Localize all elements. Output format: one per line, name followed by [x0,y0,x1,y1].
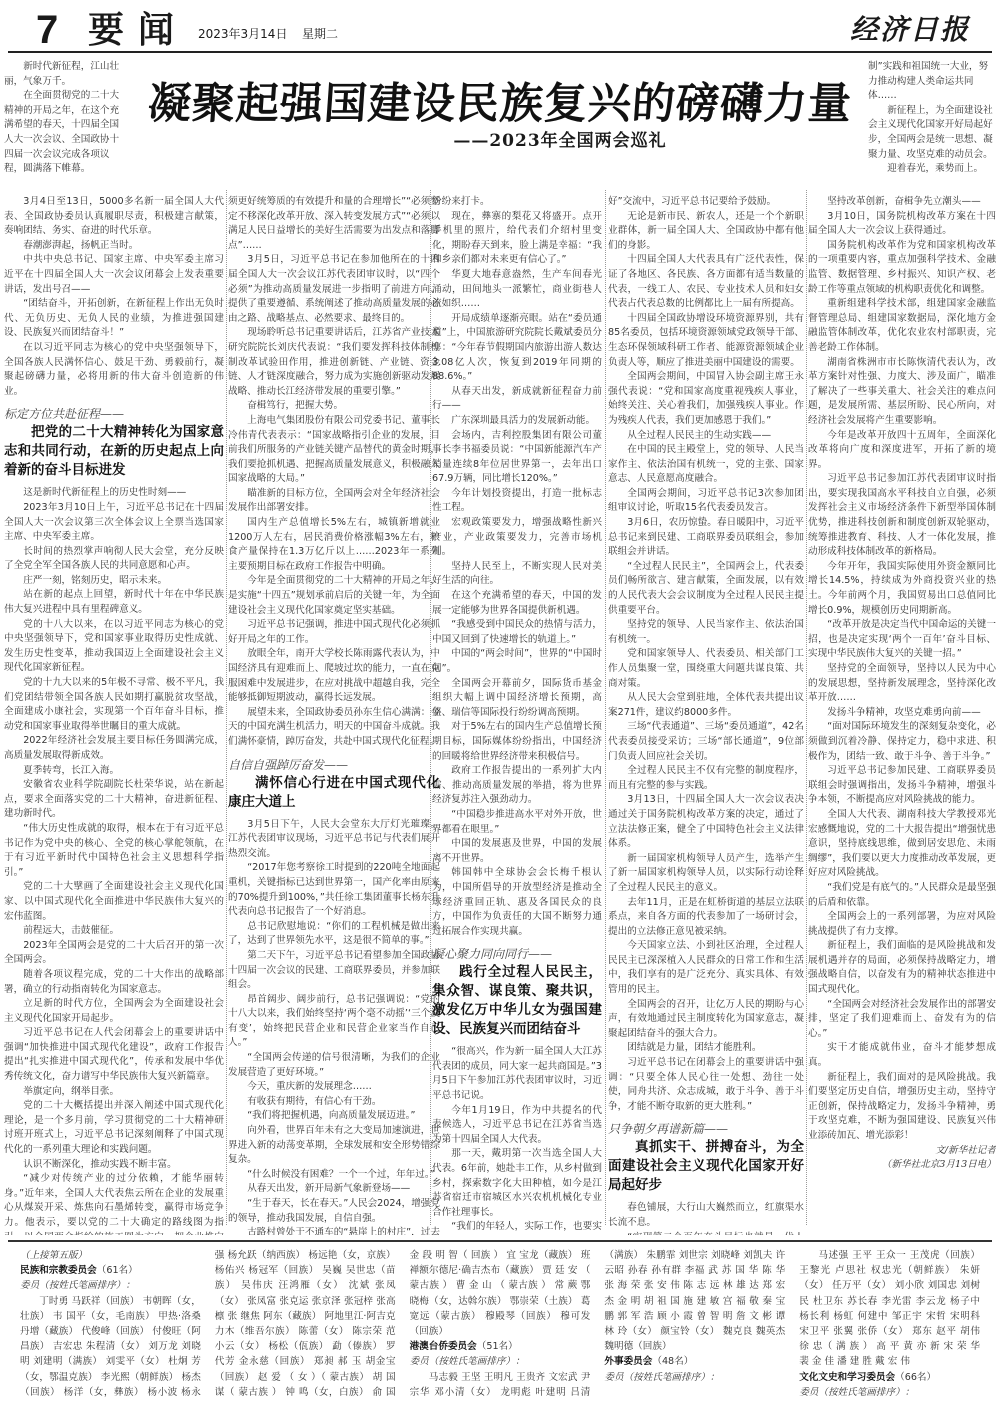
paragraph: 从全过程人民民主的生动实践—— [608,429,804,444]
masthead-rule [8,51,992,53]
paragraph: 国务院机构改革作为党和国家机构改革的一项重要内容，重点加强科学技术、金融监管、数… [808,239,996,297]
article-column-1: 3月4日至13日，5000多名新一届全国人大代表、全国政协委员认真履职尽责，积极… [4,195,224,1235]
paragraph: 党的十九大以来的5年极不寻常、极不平凡，我们党团结带领全国各族人民如期打赢脱贫攻… [4,676,224,734]
paragraph: 无论是新市民、新农人，还是一个个新职业群体，新一届全国人大、全国政协中都有他们的… [608,210,804,254]
masthead: 7 要闻 2023年3月14日 星期二 经济日报 [0,0,1000,56]
paragraph: “全过程人民民主”，全国两会上，代表委员们畅所欲言、建言献策，全面发展，以有效的… [608,560,804,618]
paragraph: “什么时候没有困难？一个一个过，年年过。” [228,1168,440,1183]
paragraph: 第二天下午，习近平总书记看望参加全国政协十四届一次会议的民建、工商联界委员，并参… [228,949,440,993]
paragraph: 习近平总书记强调，推进中国式现代化必须抓好开局之年的工作。 [228,618,440,647]
paragraph: 广东深圳最具活力的发展新动能。 [432,414,602,429]
paragraph: “减少对传统产业的过分依赖，才能华丽转身。”近年来，全国人大代表焦云所在企业的发… [4,1172,224,1235]
order-note: 委员（按姓氏笔画排序）： [410,1354,591,1369]
paragraph: 新征程上，我们面临的是风险挑战和发展机遇并存的局面，必须保持战略定力，增强战略自… [808,939,996,997]
paragraph: “我们的年轻人，实际工作，也要实干，把统一方面在城镇化进程中成为新市民，另一方面… [432,1220,602,1235]
paragraph: 会场内，吉利控股集团有限公司董事长李书福委员说：“中国新能源汽车产销量连续8年位… [432,429,602,487]
paragraph: 新征程上，我们面对的是风险挑战。我们要坚定历史自信，增强历史主动，坚持守正创新，… [808,1071,996,1144]
paragraph: 昂首阔步、阔步前行，总书记强调说：“党的十八大以来，我们始终坚持‘两个毫不动摇’… [228,993,440,1051]
paragraph: 全国两会上的一系列部署，为应对风险挑战提供了有力支撑。 [808,910,996,939]
committee-name: 文化文史和学习委员会 [799,1372,895,1383]
newspaper-logo: 经济日报 [850,10,970,50]
paragraph: 中国的发展惠及世界，中国的发展离不开世界。 [432,837,602,866]
paragraph: 2023年3月10日上午，习近平总书记在十四届全国人大一次会议第三次全体会议上全… [4,501,224,545]
paragraph: 在以习近平同志为核心的党中央坚强领导下，全国各族人民满怀信心、鼓足干劲、勇毅前行… [4,341,224,399]
paragraph: 党和国家领导人、代表委员、相关部门工作人员集聚一堂，围绕重大问题共谋良策、共商对… [608,647,804,691]
section-name: 要闻 [88,10,188,50]
paragraph: 今年计划投资提出，打造一批标志性工程。 [432,487,602,516]
article-column-5: 坚持改革创新，奋楫争先立潮头—— 3月10日，国务院机构改革方案在十四届全国人大… [808,195,996,1235]
intro-paragraph: 在全面贯彻党的二十大精神的开局之年，在这个充满希望的春天，十四届全国人大一次会议… [4,89,122,177]
paragraph: 上海电气集团股份有限公司党委书记、董事长冷伟青代表表示：“国家战略指引企业的发展… [228,414,440,487]
paragraph: 习近平总书记在人代会闭幕会上的重要讲话中强调“加快推进中国式现代化建设”，政府工… [4,1026,224,1084]
paragraph: 宏观政策要发力，增强战略性新兴产业，产业政策要发力，完善市场机制。 [432,516,602,560]
committee-count: （66名） [895,1372,936,1383]
paragraph: 国内生产总值增长5%左右，城镇新增就业1200万人左右，居民消费价格涨幅3%左右… [228,516,440,574]
paragraph: “全国两会对经济社会发展作出的部署安排，坚定了我们迎难而上、奋发有为的信心。” [808,998,996,1042]
paragraph: 从春天出发，新开局新气象新登场—— [228,1182,440,1197]
paragraph: 全国两会期间，中国冒入协会副主席王永强代表说：“党和国家高度重视残疾人事业，始终… [608,370,804,428]
paragraph: 有收获有期待，有信心有干劲。 [228,1095,440,1110]
paragraph: 今年1月19日，作为中共提名的代表候选人，习近平总书记在江苏省当选为第十四届全国… [432,1104,602,1148]
paragraph: 开局成绩单逐渐亮眼。站在“委员通道”上，中国旅游研究院院长戴斌委员分享：“今年春… [432,312,602,385]
paragraph: “生于春天，长在春天。”人民会2024，增强党的领导，推动我国发展，自信自强。 [228,1197,440,1226]
paragraph: 全国两会的召开，让亿万人民的期盼与心声，有效地通过民主制度转化为国家意志，凝聚起… [608,998,804,1042]
paragraph: 党的二十大概括提出并深入阐述中国式现代化理论，是一个多月前，学习贯彻党的二十大精… [4,1099,224,1157]
paragraph: 全国两会开幕前夕，国际货币基金组织大幅上调中国经济增长预期，高盛、瑞信等国际投行… [432,677,602,721]
paragraph: 随着各项议程完成，党的二十大作出的战略部署，确立的行动指南转化为国家意志。 [4,968,224,997]
paragraph: 对于5%左右的国内生产总值增长预期目标，国际媒体纷纷指出，中国经济的回暖将给世界… [432,720,602,764]
paragraph: 现场聆听总书记重要讲话后，江苏省产业技术研究院院长刘庆代表说：“我们要发挥科技体… [228,326,440,399]
paragraph: 瞄准新的目标方位，全国两会对全年经济社会发展作出部署安排。 [228,487,440,516]
paragraph: 庄严一刻，铭刻历史，昭示未来。 [4,574,224,589]
committee-name: 港澳台侨委员会 [410,1341,477,1352]
paragraph: 全过程人民民主不仅有完整的制度程序，而且有完整的参与实践。 [608,764,804,793]
section-kicker: 凝心聚力同向同行—— [432,945,602,963]
byline-author: 文/新华社记者 [808,1144,996,1159]
paragraph: 这是新时代新征程上的历史性时刻—— [4,486,224,501]
paragraph: 今年开年，我国实际使用外资金额同比增长14.5%，持续成为外商投资兴业的热土。今… [808,560,996,618]
section-kicker: 只争朝夕再谱新篇—— [608,1120,804,1138]
paragraph: 今年是全面贯彻党的二十大精神的开局之年，是实施“十四五”规划承前启后的关键一年，… [228,574,440,618]
paragraph: 政府工作报告提出的一系列扩大内需、推动高质量发展的举措，将为世界经济复苏注入强劲… [432,764,602,808]
committee-name: 外事委员会 [604,1356,652,1367]
section-title: 满怀信心行进在中国式现代化康庄大道上 [228,774,440,812]
paragraph: 总书记欣慰地说：“你们的工程机械是做出来了，达到了世界领先水平，这是很不简单的事… [228,920,440,949]
paragraph: 实干才能成就伟业，奋斗才能梦想成真。 [808,1041,996,1070]
committee-count: （61名） [97,1265,138,1276]
section-title: 真抓实干、拼搏奋斗，为全面建设社会主义现代化国家开好局起好步 [608,1138,804,1195]
paragraph: 从人民大会堂到驻地，全体代表共提出议案271件，建议约8000多件。 [608,691,804,720]
paragraph: 举旗定向，纲举目张。 [4,1085,224,1100]
paragraph: “中国稳步推进高水平对外开放，世界都看在眼里。” [432,808,602,837]
paragraph: 党的十八大以来，在以习近平同志为核心的党中央坚强领导下，党和国家事业取得历史性成… [4,618,224,676]
paragraph: 立足新的时代方位，全国两会为全面建设社会主义现代化国家开局起步。 [4,997,224,1026]
paragraph: 坚持党的全面领导，坚持以人民为中心的发展思想，坚持新发展理念，坚持深化改革开放…… [808,662,996,706]
paragraph: 认识不断深化，推动实践不断丰富。 [4,1158,224,1173]
paragraph: 坚持人民至上，不断实现人民对美好生活的向往。 [432,560,602,589]
paragraph: 3月4日至13日，5000多名新一届全国人大代表、全国政协委员认真履职尽责，积极… [4,195,224,239]
paragraph: 华夏大地春意盎然，生产车间春光涌动，田间地头一派繁忙，商业街巷人流如织…… [432,268,602,312]
paragraph: “我们将把握机遇，向高质量发展迈进。” [228,1109,440,1124]
paragraph: 奋楫笃行，把握大势。 [228,399,440,414]
paragraph: 全国人大代表、湖南科技大学教授邓光宏感慨地说，党的二十大报告提出“增强忧患意识，… [808,808,996,881]
paragraph: 新一届国家机构领导人员产生，选举产生了新一届国家机构领导人员，以实际行动诠释了全… [608,852,804,896]
page-number: 7 [36,10,58,50]
paragraph: “面对国际环境发生的深刻复杂变化，必须做到沉着冷静、保持定力，稳中求进、积极作为… [808,720,996,764]
weekday: 星期二 [302,26,338,42]
paragraph: 放眼全年，南开大学校长陈雨露代表认为，中国经济具有迎难而上、爬坡过坎的能力，一直… [228,647,440,705]
paragraph: 习近平总书记参加民建、工商联界委员联组会时强调指出，发扬斗争精神，增强斗争本领，… [808,764,996,808]
committee-count: （51名） [477,1341,518,1352]
column-divider [806,190,807,1225]
paragraph: 党的二十大擘画了全面建设社会主义现代化国家、以中国式现代化全面推进中华民族伟大复… [4,880,224,924]
section-kicker: 自信自强踔厉奋发—— [228,756,440,774]
intro-paragraph: 新时代新征程，江山壮丽，气象万千。 [4,60,122,89]
column-divider [605,190,606,1225]
paragraph: 纷纷来打卡。 [432,195,602,210]
paragraph: 2022年经济社会发展主要目标任务圆满完成，高质量发展取得新成效。 [4,734,224,763]
paragraph: 现在，彝寨的梨花又将盛开。点开手机里的照片，给代表们介绍村里变化，期盼春天到来，… [432,210,602,268]
paragraph: 前程远大，击鼓催征。 [4,924,224,939]
paragraph: 湖南省株洲市市长陈恢清代表认为，改革方案针对性强、力度大、涉及面广，瞄准了解决了… [808,356,996,429]
paragraph: 站在新的起点上回望，新时代十年在中华民族伟大复兴进程中具有里程碑意义。 [4,588,224,617]
paragraph: 在这个充满希望的春天，中国的发展一定能够为世界各国提供新机遇。 [432,589,602,618]
paragraph: 今年是改革开放四十五周年，全面深化改革将向广度和深度进军，开拓了新的境界。 [808,429,996,473]
paragraph: “团结奋斗，开拓创新，在新征程上作出无负时代、无负历史、无负人民的业绩，为推进强… [4,297,224,341]
paragraph: 春潮澎湃起，扬帆正当时。 [4,239,224,254]
paragraph: 全国两会期间，习近平总书记3次参加团组审议讨论，听取15名代表委员发言。 [608,487,804,516]
paragraph: “全国两会传递的信号很清晰，为我们的企业发展营造了更好环境。” [228,1051,440,1080]
paragraph: 团结就是力量，团结才能胜利。 [608,1041,804,1056]
paragraph: 长时间的热烈掌声响彻人民大会堂，充分反映了全党全军全国各族人民的共同意愿和心声。 [4,545,224,574]
paragraph: 十四届全国人大代表具有广泛代表性，保证了各地区、各民族、各方面都有适当数量的代表… [608,253,804,311]
main-headline: 凝聚起强国建设民族复兴的磅礴力量 [116,78,884,130]
paragraph: 发扬斗争精神，攻坚克难勇向前—— [808,706,996,721]
paragraph: “很高兴，作为新一届全国人大江苏代表团的成员，同大家一起共商国是。”3月5日下午… [432,1045,602,1103]
paragraph: 坚持改革创新，奋楫争先立潮头—— [808,195,996,210]
paragraph: 从春天出发，新成就新征程奋力前行—— [432,385,602,414]
paragraph: 3月10日，国务院机构改革方案在十四届全国人大一次会议上获得通过。 [808,210,996,239]
member-list: 马述强 王平 王众一 王茂虎（回族） 王黎光 卢思社 权忠光（朝鲜族） 朱妍（女… [799,1248,980,1370]
paragraph: “伟大历史性成就的取得，根本在于有习近平总书记作为党中央的核心、全党的核心掌舵领… [4,822,224,880]
paragraph: 那一天，戴玥第一次当选全国人大代表。6年前，她赴丰工作，从乡村做到乡村，探索数字… [432,1147,602,1220]
article-column-4: 好”交流中，习近平总书记要给予鼓励。 无论是新市民、新农人，还是一个个新职业群体… [608,195,804,1235]
sub-headline: ——2023年全国两会巡礼 [118,128,882,154]
article-column-2: 须更好统筹质的有效提升和量的合理增长”“必须坚定不移深化改革开放、深入转变发展方… [228,195,440,1235]
order-note: 委员（按姓氏笔画排序）： [604,1370,785,1385]
byline-source: （新华社北京3月13日电） [808,1158,996,1173]
paragraph: 去年11月，正是在虹桥街道的基层立法联系点，来自各方面的代表参加了一场研讨会，提… [608,896,804,940]
paragraph: 在中国的民主殿堂上，党的领导、人民当家作主、依法治国有机统一，党的主张、国家意志… [608,443,804,487]
committee-name: 民族和宗教委员会 [20,1265,97,1276]
paragraph: 三场“代表通道”、三场“委员通道”，42名代表委员接受采访；三场“部长通道”，9… [608,720,804,764]
paragraph: “2017年您考察徐工时提到的220吨全地面起重机，关键指标已达到世界第一，国产… [228,861,440,919]
section-title: 把党的二十大精神转化为国家意志和共同行动，在新的历史起点上向着新的奋斗目标进发 [4,423,224,480]
paragraph: 3月13日，十四届全国人大一次会议表决通过关于国务院机构改革方案的决定，通过了立… [608,793,804,851]
article-column-3: 纷纷来打卡。 现在，彝寨的梨花又将盛开。点开手机里的照片，给代表们介绍村里变化，… [432,195,602,1235]
column-divider [430,190,431,1225]
paragraph: 好”交流中，习近平总书记要给予鼓励。 [608,195,804,210]
intro-right: 制”实践和祖国统一大业，努力推动构建人类命运共同体…… 新征程上，为全面建设社会… [868,60,996,177]
section-divider-rule [8,1240,992,1242]
paragraph: 夏季转弯，长江入海。 [4,764,224,779]
paragraph: 向外看，世界百年未有之大变局加速演进，世界进入新的动荡变革期，全球发展和安全形势… [228,1124,440,1168]
paragraph: 今天，重庆新的发展理念…… [228,1080,440,1095]
intro-paragraph: 迎着春光，乘势而上。 [868,162,996,177]
paragraph: 习近平总书记参加江苏代表团审议时指出，要实现我国高水平科技自立自强，必须发挥社会… [808,472,996,560]
paragraph: 展望未来，全国政协委员孙东生信心满满：今天的中国充满生机活力，明天的中国奋斗成就… [228,706,440,750]
paragraph: 古路村曾处于不通车的“悬崖上的村庄”，过去村民们进出村要攀树藤在岩壁上攀登。20… [228,1226,440,1235]
intro-left: 新时代新征程，江山壮丽，气象万千。 在全面贯彻党的二十大精神的开局之年，在这个充… [4,60,122,177]
paragraph: “实现第二个百年奋斗目标也就是一代人的事，我们正逢其时、不可辜负，要作出我们这一… [608,1231,804,1235]
section-title: 践行全过程人民民主，集众智、谋良策、聚共识，激发亿万中华儿女为强国建设、民族复兴… [432,963,602,1039]
paragraph: 今天国家立法、小到社区治理，全过程人民民主已深深植入人民群众的日常工作和生活中，… [608,939,804,997]
paragraph: “我们党是有底气的。”人民群众是最坚强的后盾和依靠。 [808,881,996,910]
paragraph: “改革开放是决定当代中国命运的关键一招，也是决定实现‘两个一百年’奋斗目标、实现… [808,618,996,662]
order-note: 委员（按姓氏笔画排序）： [20,1278,201,1293]
section-kicker: 标定方位共赴征程—— [4,405,224,423]
order-note: 委员（按姓氏笔画排序）： [799,1385,980,1400]
paragraph: 坚持党的领导、人民当家作主、依法治国有机统一。 [608,618,804,647]
paragraph: 2023年全国两会是党的二十大后召开的第一次全国两会。 [4,939,224,968]
continued-note: （上接第五版） [20,1248,201,1263]
paragraph: 安徽省农业科学院副院长杜荣华说，站在新起点，要求全面落实党的二十大精神，奋进新征… [4,778,224,822]
paragraph: 须更好统筹质的有效提升和量的合理增长”“必须坚定不移深化改革开放、深入转变发展方… [228,195,440,253]
paragraph: 重新组建科学技术部，组建国家金融监督管理总局、组建国家数据局，深化地方金融监管体… [808,297,996,355]
paragraph: 3月6日，农历惊蛰。春日暖阳中，习近平总书记来到民建、工商联界委员联组会，参加联… [608,516,804,560]
column-divider [226,190,227,1225]
paragraph: 习近平总书记在闭幕会上的重要讲话中强调：“只要全体人民心往一处想、劲往一处使，同… [608,1056,804,1114]
publication-date: 2023年3月14日 [198,26,287,42]
intro-paragraph: 新征程上，为全面建设社会主义现代化国家开好局起好步，全国两会是统一思想、凝聚力量… [868,104,996,162]
paragraph: “我感受到中国民众的热情与活力，中国又回到了快速增长的轨道上。” [432,618,602,647]
paragraph: 中国的“两会时间”，世界的“中国时间”。 [432,647,602,676]
paragraph: 十四届全国政协增设环境资源界别，共有85名委员，包括环境资源领域党政领导干部、生… [608,312,804,370]
intro-paragraph: 制”实践和祖国统一大业，努力推动构建人类命运共同体…… [868,60,996,104]
committee-list: （上接第五版） 民族和宗教委员会（61名） 委员（按姓氏笔画排序）： 丁时勇 马… [20,1248,980,1413]
paragraph: 春色铺展，大行山大巍然而立，红旗渠水长流不息。 [608,1201,804,1230]
committee-count: （48名） [652,1356,693,1367]
paragraph: 3月5日，习近平总书记在参加他所在的十四届全国人大一次会议江苏代表团审议时，以“… [228,253,440,326]
paragraph: 中共中央总书记、国家主席、中央军委主席习近平在十四届全国人大一次会议闭幕会上发表… [4,253,224,297]
paragraph: 3月5日下午，人民大会堂东大厅灯光璀璨。江苏代表团审议现场，习近平总书记与代表们… [228,818,440,862]
paragraph: 韩国韩中全球协会会长梅千根认为，中国所倡导的开放型经济是推动全球经济重回正轨、惠… [432,866,602,939]
